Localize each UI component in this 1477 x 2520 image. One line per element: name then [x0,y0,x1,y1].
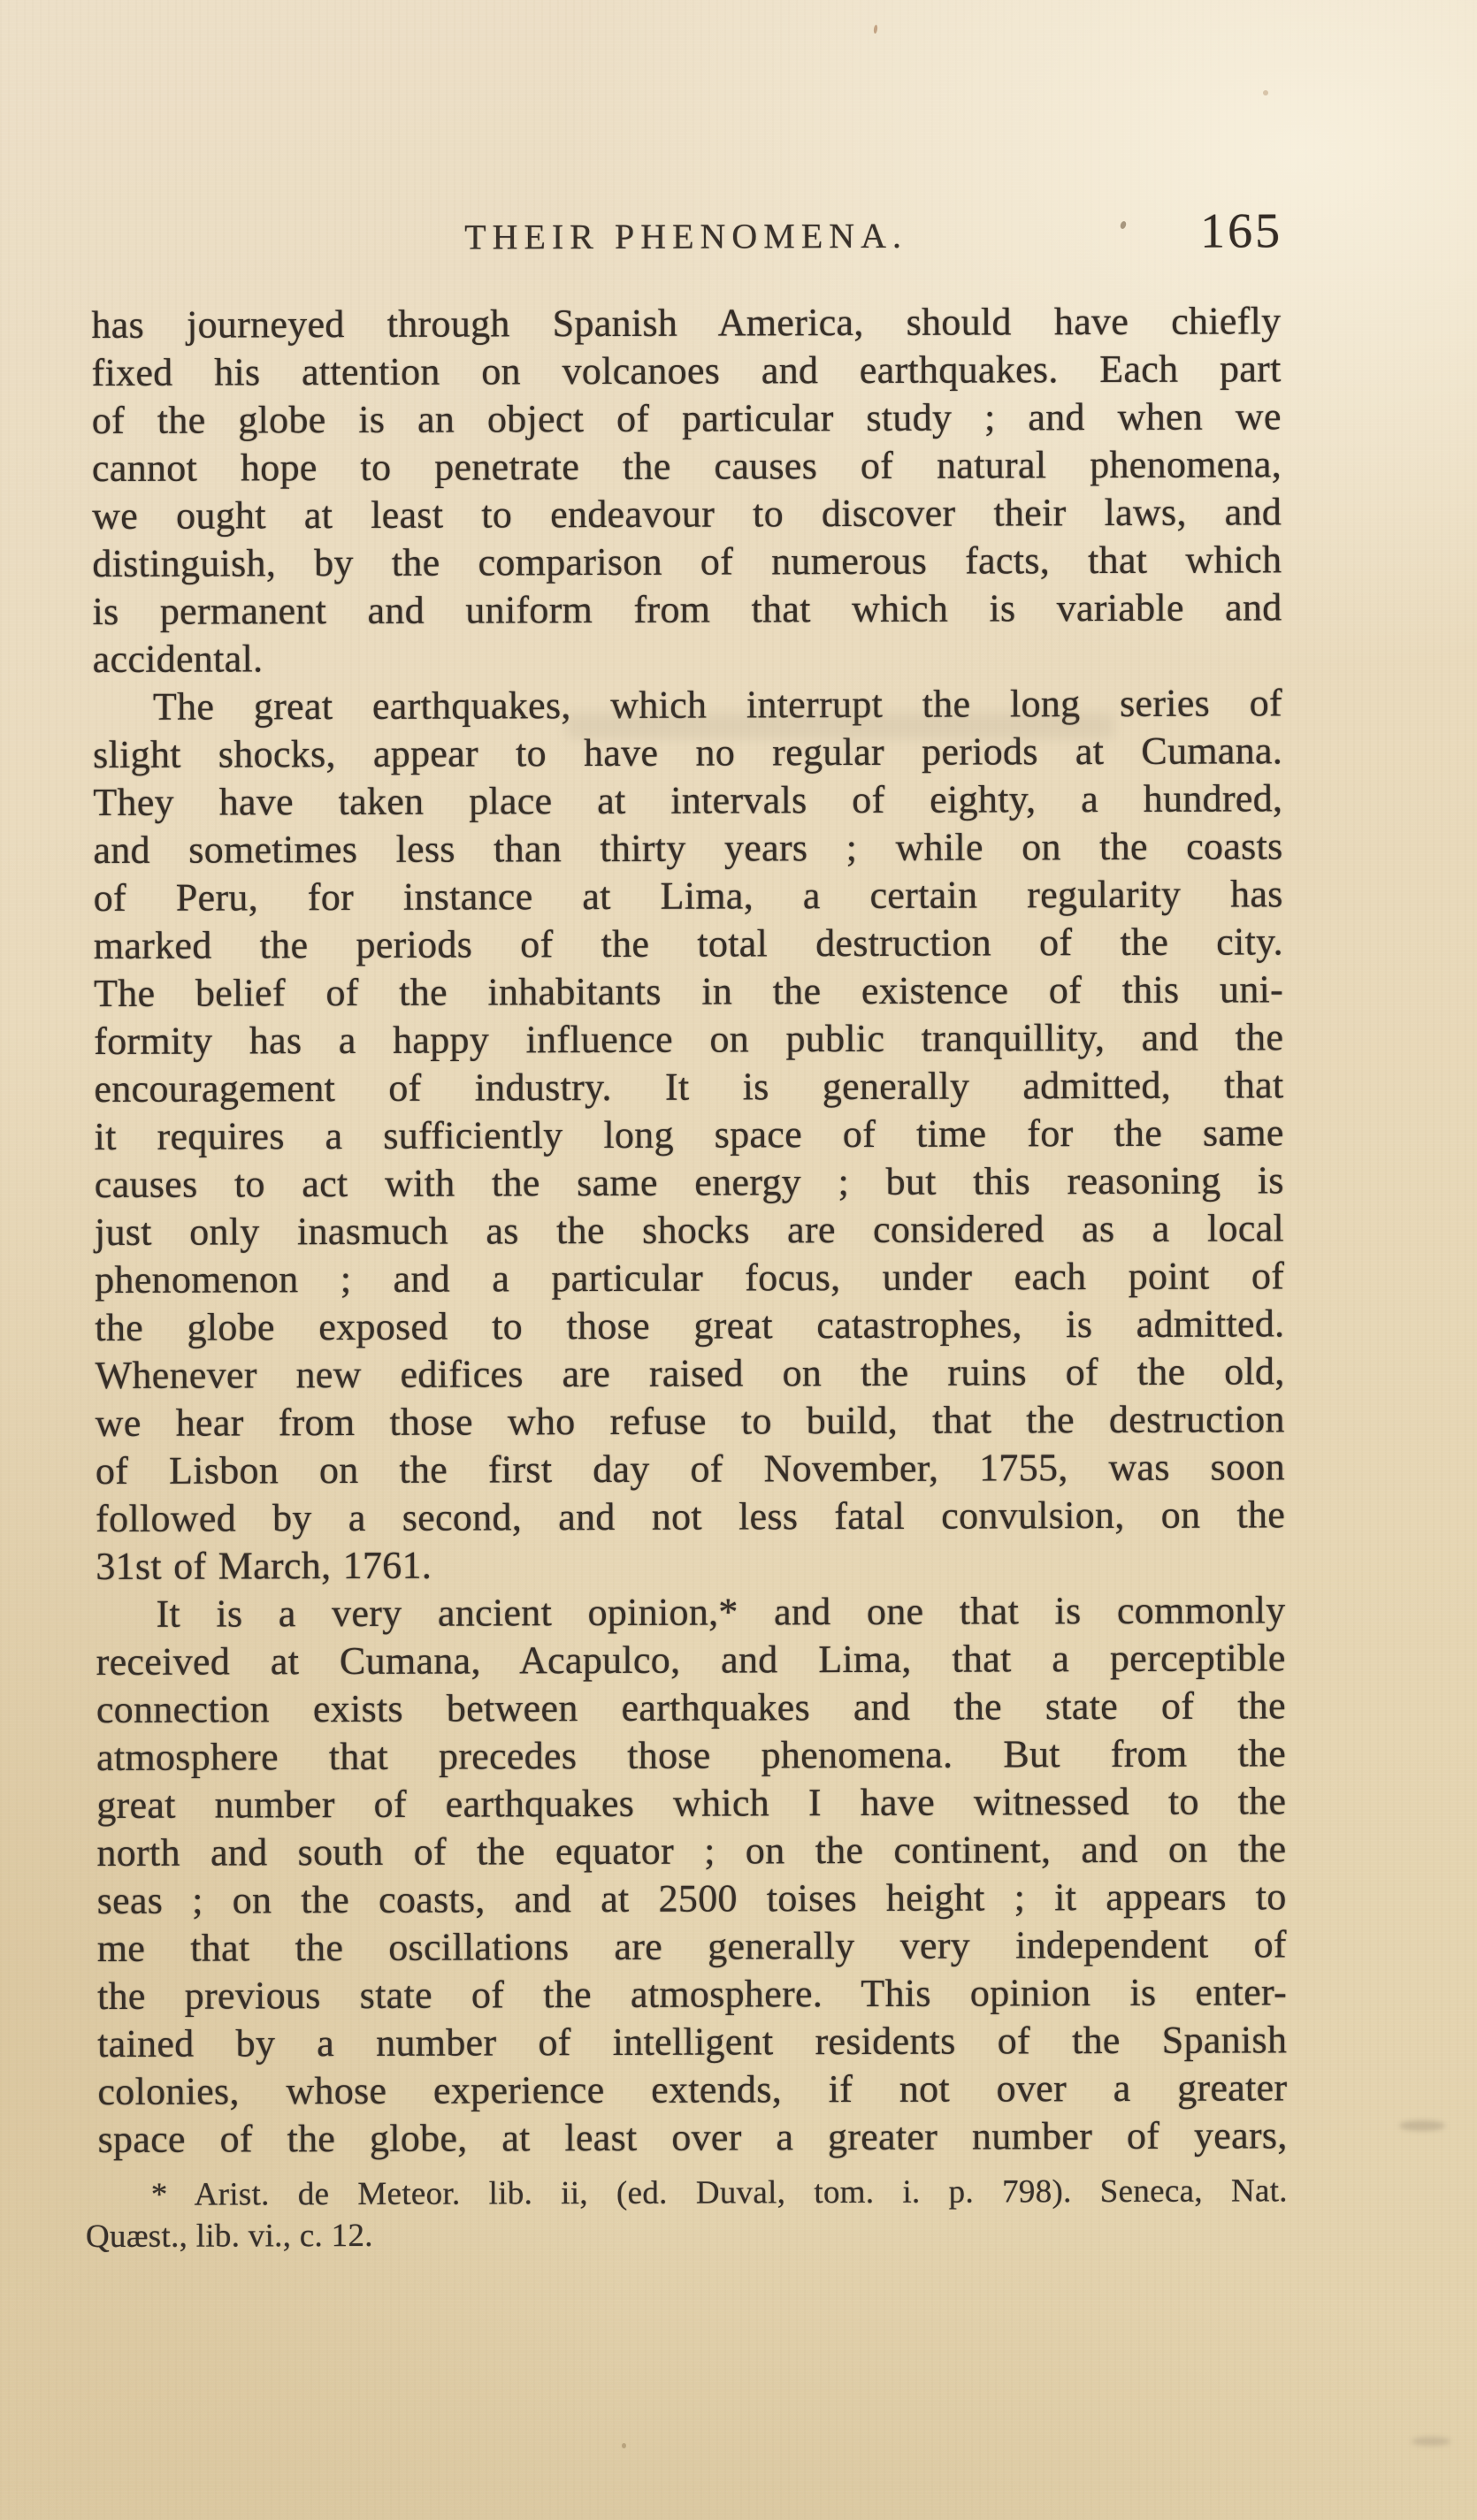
text-line: causes to act with the same energy ; but… [95,1157,1284,1209]
text-line: of Peru, for instance at Lima, a certain… [94,870,1283,922]
text-line: and sometimes less than thirty years ; w… [93,822,1282,874]
text-line: great number of earthquakes which I have… [96,1777,1286,1829]
paper-smudge [1412,2437,1450,2446]
text-line: space of the globe, at least over a grea… [97,2111,1287,2164]
text-line: marked the periods of the total destruct… [94,918,1283,970]
book-page-scan: THEIR PHENOMENA. 165 has journeyed throu… [0,0,1477,2520]
running-title: THEIR PHENOMENA. [464,215,907,258]
paper-speck [622,2443,626,2448]
paper-speck [873,25,877,34]
text-line: is permanent and uniform from that which… [92,584,1282,636]
text-line: slight shocks, appear to have no regular… [93,727,1282,779]
text-line: of the globe is an object of particular … [92,393,1282,445]
text-line: It is a very ancient opinion,* and one t… [96,1586,1285,1638]
text-line: the globe exposed to those great catastr… [95,1300,1284,1352]
text-line: The great earthquakes, which interrupt t… [93,679,1282,731]
footnote-line: * Arist. de Meteor. lib. ii, (ed. Duval,… [98,2170,1288,2216]
text-line: followed by a second, and not less fatal… [96,1491,1285,1543]
paper-speck [1263,90,1268,95]
body-text: has journeyed through Spanish America, s… [91,297,1287,2164]
paragraph: The great earthquakes, which interrupt t… [93,679,1286,1591]
text-line: cannot hope to penetrate the causes of n… [92,440,1282,493]
running-header: THEIR PHENOMENA. 165 [91,213,1281,279]
text-line: has journeyed through Spanish America, s… [91,297,1281,349]
text-line: me that the oscillations are generally v… [97,1921,1287,1973]
text-line: it requires a sufficiently long space of… [95,1109,1284,1161]
text-line: north and south of the equator ; on the … [96,1825,1286,1877]
text-line: received at Cumana, Acapulco, and Lima, … [96,1634,1286,1686]
text-line: just only inasmuch as the shocks are con… [95,1204,1284,1256]
page-content: THEIR PHENOMENA. 165 has journeyed throu… [91,213,1288,2257]
text-line: we hear from those who refuse to build, … [96,1395,1285,1447]
text-line: we ought at least to endeavour to discov… [92,488,1282,540]
text-line: fixed his attention on volcanoes and ear… [92,345,1282,397]
text-line: distinguish, by the comparison of numero… [92,536,1282,588]
text-line: of Lisbon on the first day of November, … [96,1443,1285,1495]
paragraph: It is a very ancient opinion,* and one t… [96,1586,1287,2164]
text-line: the previous state of the atmosphere. Th… [97,1968,1287,2020]
paper-smudge [1399,2120,1445,2131]
paragraph: has journeyed through Spanish America, s… [91,297,1282,683]
text-line: seas ; on the coasts, and at 2500 toises… [97,1873,1287,1925]
footnote: * Arist. de Meteor. lib. ii, (ed. Duval,… [98,2170,1288,2257]
text-line: formity has a happy influence on public … [94,1013,1283,1065]
text-line: atmosphere that precedes those phenomena… [96,1730,1286,1782]
text-line: encouragement of industry. It is general… [94,1061,1283,1113]
text-line: tained by a number of intelligent reside… [97,2016,1287,2068]
text-line: Whenever new edifices are raised on the … [95,1348,1284,1400]
text-line: 31st of March, 1761. [96,1539,1285,1591]
text-line: They have taken place at intervals of ei… [93,775,1282,827]
page-number: 165 [1200,202,1282,259]
text-line: colonies, whose experience extends, if n… [97,2064,1287,2116]
text-line: accidental. [93,631,1282,683]
text-line: connection exists between earthquakes an… [96,1682,1286,1734]
text-line: The belief of the inhabitants in the exi… [94,966,1283,1018]
text-line: phenomenon ; and a particular focus, und… [95,1252,1284,1304]
footnote-line: Quæst., lib. vi., c. 12. [86,2211,1288,2257]
